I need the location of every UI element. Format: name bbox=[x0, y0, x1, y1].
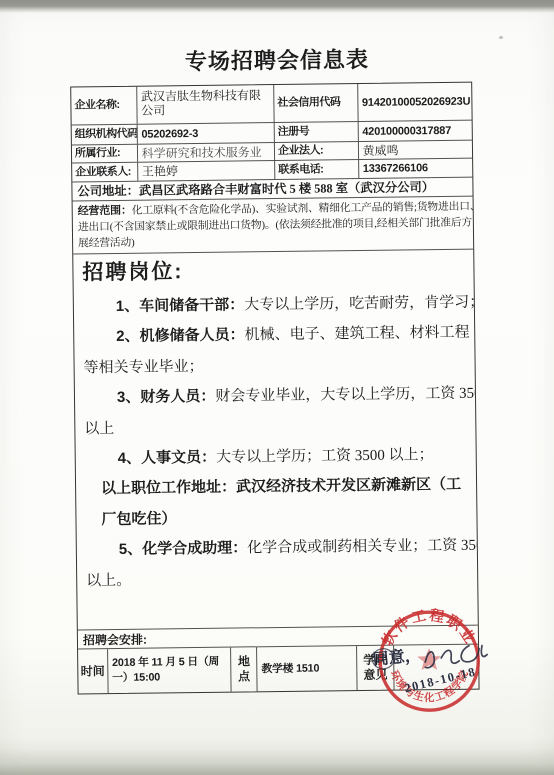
time-label: 时间 bbox=[78, 649, 108, 693]
position-line: 4、人事文员：大专以上学历；工资 3500 以上； bbox=[85, 440, 467, 475]
row-business-scope: 经营范围：化工原料(不含危险化学品)、实验试剂、精细化工产品的销售;货物进出口、… bbox=[73, 197, 474, 255]
position-line: 5、化学合成助理：化学合成或制药相关专业；工资 3500 bbox=[86, 531, 468, 566]
company-name-label: 企业名称: bbox=[71, 87, 137, 125]
row-positions: 招聘岗位: 1、车间储备干部：大专以上学历，吃苦耐劳，肯学习； 2、机修储备人员… bbox=[73, 250, 478, 631]
legal-person-value: 黄威鸣 bbox=[358, 141, 472, 159]
org-code-value: 05202692-3 bbox=[137, 123, 275, 144]
industry-label: 所属行业: bbox=[72, 145, 138, 163]
credit-code-label: 社会信用代码 bbox=[274, 84, 358, 122]
company-name-value: 武汉吉肽生物科技有限公司 bbox=[137, 85, 275, 124]
college-opinion-label: 学院意见 bbox=[357, 646, 395, 690]
page-title: 专场招聘会信息表 bbox=[0, 41, 554, 79]
position-line: 3、财务人员：财会专业毕业，大专以上学历，工资 3500 bbox=[84, 379, 466, 414]
position-line: 以上职位工作地址：武汉经济技术开发区新滩新区（工 bbox=[85, 470, 467, 505]
legal-person-label: 企业法人: bbox=[275, 142, 359, 160]
address-label: 公司地址： bbox=[77, 184, 139, 199]
industry-value: 科学研究和技术服务业 bbox=[138, 143, 276, 162]
position-line: 2、机修储备人员：机械、电子、建筑工程、材料工程 bbox=[83, 318, 465, 353]
row-company-name: 企业名称: 武汉吉肽生物科技有限公司 社会信用代码 91420100052026… bbox=[71, 83, 471, 126]
time-value: 2018 年 11 月 5 日（周 一）15:00 bbox=[108, 648, 232, 694]
info-table: 企业名称: 武汉吉肽生物科技有限公司 社会信用代码 91420100052026… bbox=[70, 82, 479, 695]
scanned-form-page: 专场招聘会信息表 企业名称: 武汉吉肽生物科技有限公司 社会信用代码 91420… bbox=[0, 0, 554, 775]
position-line: 1、车间储备干部：大专以上学历，吃苦耐劳，肯学习； bbox=[83, 288, 465, 323]
row-arrangement-detail: 时间 2018 年 11 月 5 日（周 一）15:00 地点 教学楼 1510… bbox=[78, 645, 479, 694]
positions-heading: 招聘岗位: bbox=[82, 253, 464, 290]
position-line: 以上。 bbox=[86, 561, 468, 596]
address-value: 武昌区武珞路合丰财富时代 5 楼 588 室（武汉分公司） bbox=[139, 180, 434, 198]
position-line: 等相关专业毕业； bbox=[83, 349, 465, 384]
phone-value: 13367266106 bbox=[359, 159, 473, 178]
business-scope: 经营范围：化工原料(不含危险化学品)、实验试剂、精细化工产品的销售;货物进出口、… bbox=[73, 197, 474, 254]
college-opinion-area bbox=[394, 645, 478, 690]
position-line: 厂包吃住） bbox=[85, 501, 467, 536]
scope-text-line1: 化工原料(不含危险化学品)、实验试剂、精细化工产品的销售;货物进出口、代理 bbox=[132, 200, 474, 217]
credit-code-value: 91420100052026923U bbox=[358, 83, 472, 121]
place-value: 教学楼 1510 bbox=[257, 646, 357, 691]
form-content: 专场招聘会信息表 企业名称: 武汉吉肽生物科技有限公司 社会信用代码 91420… bbox=[0, 0, 554, 775]
positions-section: 招聘岗位: 1、车间储备干部：大专以上学历，吃苦耐劳，肯学习； 2、机修储备人员… bbox=[73, 250, 478, 630]
contact-value: 王艳婷 bbox=[138, 161, 276, 181]
position-line: 以上 bbox=[84, 409, 466, 444]
place-label: 地点 bbox=[231, 647, 257, 691]
phone-label: 联系电话: bbox=[275, 160, 359, 179]
reg-no-value: 420100000317887 bbox=[358, 121, 472, 141]
scope-label: 经营范围： bbox=[78, 205, 132, 218]
reg-no-label: 注册号 bbox=[275, 122, 359, 142]
scan-speck bbox=[499, 36, 503, 39]
contact-label: 企业联系人: bbox=[72, 163, 138, 182]
org-code-label: 组织机构代码 bbox=[72, 125, 138, 145]
